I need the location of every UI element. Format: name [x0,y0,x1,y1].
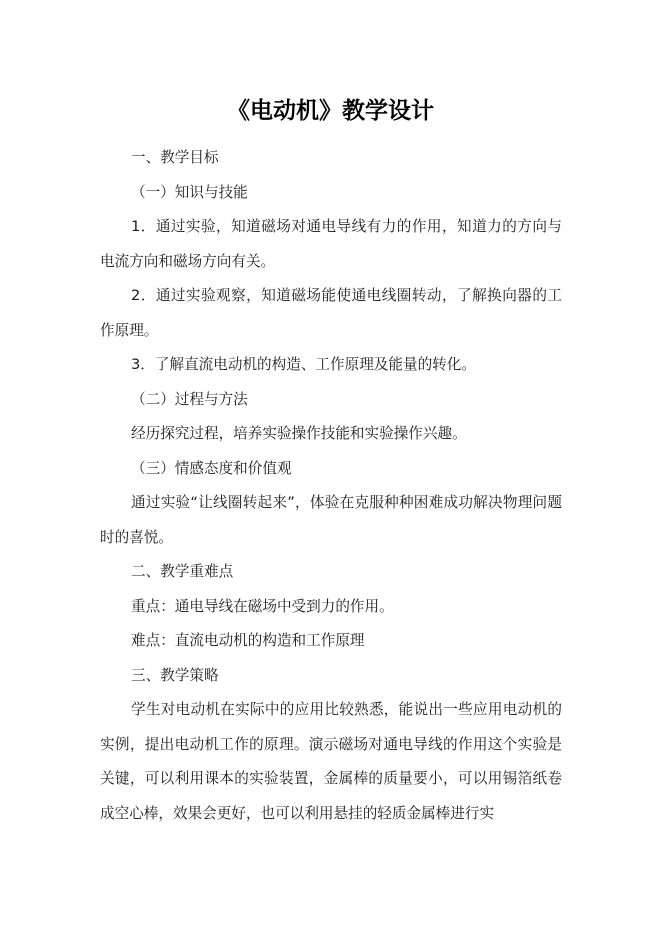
subsection-heading-knowledge-skills: （一）知识与技能 [100,176,562,211]
teaching-strategy-text: 学生对电动机在实际中的应用比较熟悉，能说出一些应用电动机的实例，提出电动机工作的… [100,693,562,831]
document-page: 《电动机》教学设计 一、教学目标 （一）知识与技能 1．通过实验，知道磁场对通电… [0,0,661,935]
process-method-text: 经历探究过程，培养实验操作技能和实验操作兴趣。 [100,417,562,452]
section-heading-key-difficult-points: 二、教学重难点 [100,555,562,590]
subsection-heading-process-method: （二）过程与方法 [100,383,562,418]
difficult-point-text: 难点：直流电动机的构造和工作原理 [100,624,562,659]
subsection-heading-attitudes-values: （三）情感态度和价值观 [100,452,562,487]
document-title: 《电动机》教学设计 [0,92,661,125]
section-heading-teaching-strategy: 三、教学策略 [100,659,562,694]
objective-item-2: 2．通过实验观察，知道磁场能使通电线圈转动，了解换向器的工作原理。 [100,279,562,348]
document-body: 一、教学目标 （一）知识与技能 1．通过实验，知道磁场对通电导线有力的作用，知道… [100,141,562,831]
objective-item-3: 3．了解直流电动机的构造、工作原理及能量的转化。 [100,348,562,383]
section-heading-objectives: 一、教学目标 [100,141,562,176]
key-point-text: 重点：通电导线在磁场中受到力的作用。 [100,590,562,625]
objective-item-1: 1．通过实验，知道磁场对通电导线有力的作用，知道力的方向与电流方向和磁场方向有关… [100,210,562,279]
attitudes-values-text: 通过实验“让线圈转起来”，体验在克服种种困难成功解决物理问题时的喜悦。 [100,486,562,555]
